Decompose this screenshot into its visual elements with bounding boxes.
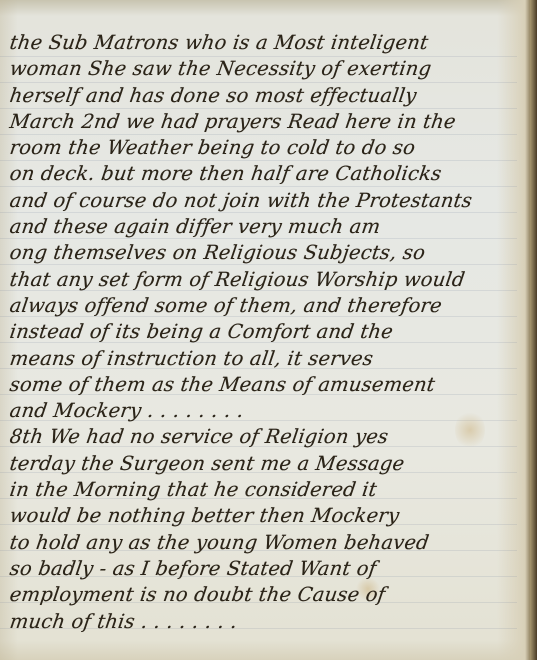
handwritten-text: the Sub Matrons who is a Most inteligent… [8, 30, 528, 635]
text-line: always offend some of them, and therefor… [8, 293, 532, 319]
text-line: 8th We had no service of Religion yes [8, 424, 532, 450]
text-line: terday the Surgeon sent me a Message [8, 451, 532, 477]
text-line: would be nothing better then Mockery [8, 503, 532, 529]
text-line: and of course do not join with the Prote… [8, 188, 532, 214]
text-line: much of this . . . . . . . . [8, 609, 532, 635]
text-line: to hold any as the young Women behaved [8, 530, 532, 556]
text-line: on deck. but more then half are Catholic… [8, 161, 532, 187]
text-line: instead of its being a Comfort and the [8, 319, 532, 345]
manuscript-page: the Sub Matrons who is a Most inteligent… [0, 0, 537, 660]
text-line: ong themselves on Religious Subjects, so [8, 240, 532, 266]
text-line: herself and has done so most effectually [8, 83, 532, 109]
text-line: the Sub Matrons who is a Most inteligent [8, 30, 532, 56]
text-line: means of instruction to all, it serves [8, 346, 532, 372]
text-line: March 2nd we had prayers Read here in th… [8, 109, 532, 135]
text-line: and these again differ very much am [8, 214, 532, 240]
text-line: employment is no doubt the Cause of [8, 582, 532, 608]
page-binding-edge [530, 0, 537, 660]
text-line: woman She saw the Necessity of exerting [8, 56, 532, 82]
text-line: that any set form of Religious Worship w… [8, 267, 532, 293]
text-line: room the Weather being to cold to do so [8, 135, 532, 161]
text-line: some of them as the Means of amusement [8, 372, 532, 398]
text-line: and Mockery . . . . . . . . [8, 398, 532, 424]
text-line: in the Morning that he considered it [8, 477, 532, 503]
text-line: so badly - as I before Stated Want of [8, 556, 532, 582]
